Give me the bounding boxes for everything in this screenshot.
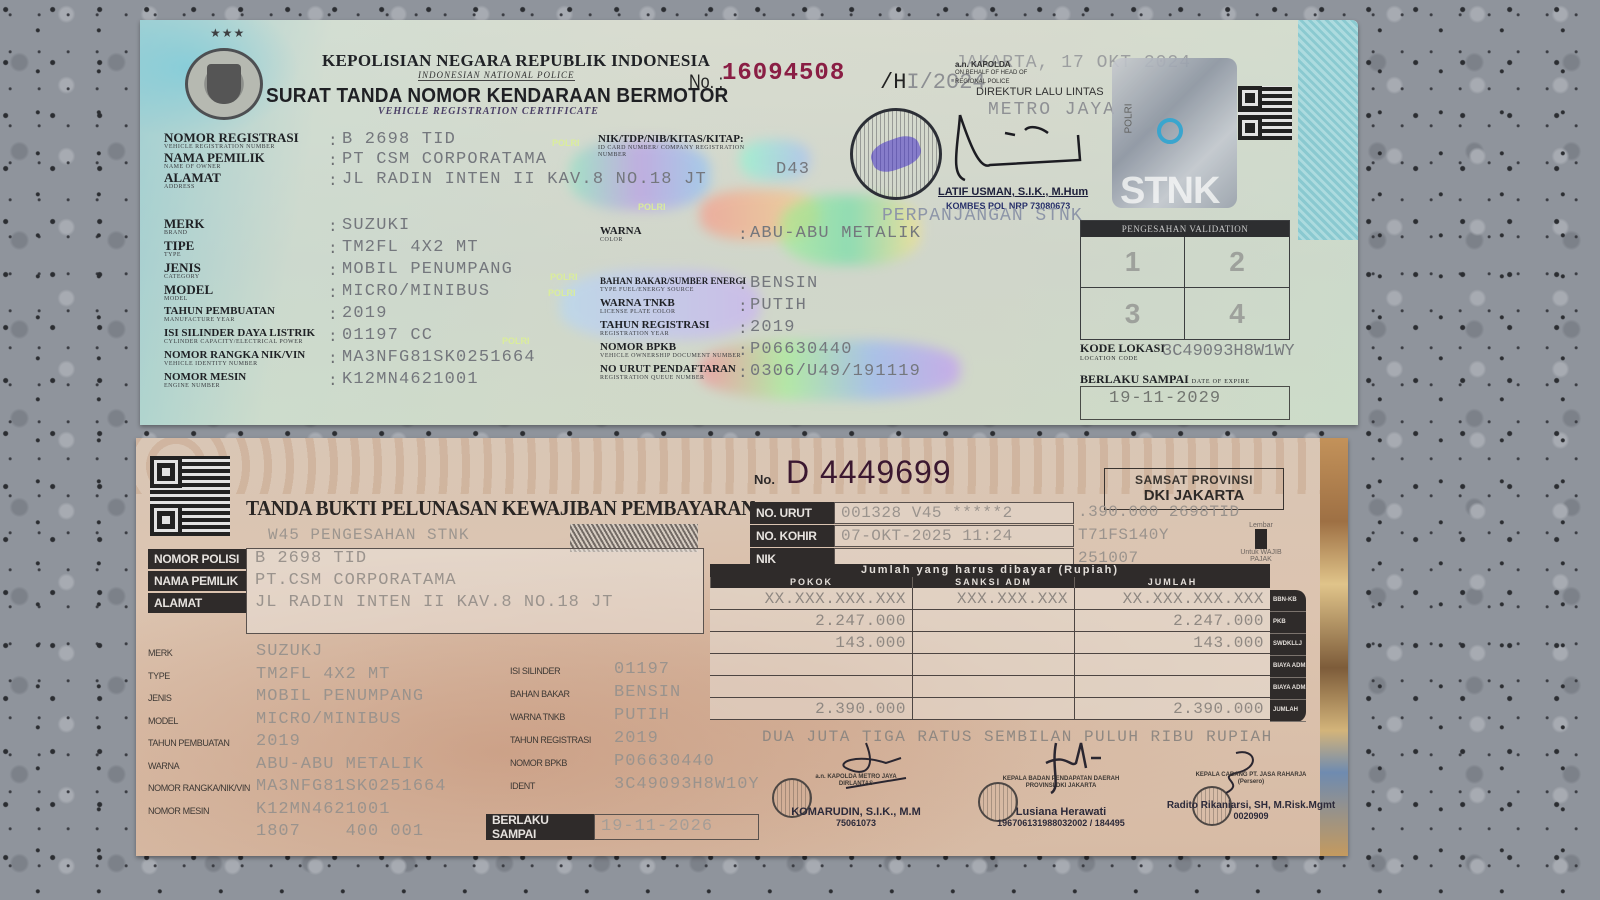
- validation-cell-2: 2: [1185, 237, 1289, 288]
- id-row: NO. URUT001328 V45 *****2.390.000 2698TI…: [750, 502, 1240, 524]
- field-colon: :: [328, 372, 338, 390]
- police-emblem-icon: [185, 48, 263, 120]
- badge-top: Lembar: [1231, 522, 1291, 529]
- field-value: PUTIH: [614, 706, 670, 725]
- field-label: NOMOR BPKB: [600, 342, 741, 353]
- field-value: MICRO/MINIBUS: [256, 710, 402, 729]
- field-label: JENIS: [148, 693, 172, 703]
- field-sublabel: TYPE FUEL/ENERGY SOURCE: [600, 287, 746, 294]
- role: KEPALA CABANG PT. JASA RAHARJA (Persero): [1191, 772, 1311, 786]
- qr-code-icon: [150, 456, 230, 536]
- id: 196706131988032002 / 184495: [966, 818, 1156, 828]
- payment-jumlah: [1074, 654, 1270, 675]
- field-value: 0306/U49/191119: [750, 362, 921, 381]
- certificate-number-label: No. :: [689, 72, 723, 94]
- payment-row-label: SWDKLLJ: [1270, 634, 1306, 656]
- id: 0020909: [1166, 811, 1336, 821]
- label: BERLAKU SAMPAI: [1080, 372, 1189, 386]
- payment-pokok: 143.000: [710, 632, 912, 653]
- stnk-right-field-0: WARNACOLOR:ABU-ABU METALIK: [600, 226, 642, 244]
- field-colon: :: [328, 218, 338, 236]
- payment-row-label: PKB: [1270, 612, 1306, 634]
- copy-badge: Lembar Untuk WAJIB PAJAK: [1231, 522, 1291, 563]
- label-nomor-polisi: NOMOR POLISI: [148, 549, 246, 569]
- field-label: TAHUN REGISTRASI: [510, 735, 591, 745]
- value-nomor-polisi: B 2698 TID: [255, 549, 367, 568]
- field-sublabel: VEHICLE IDENTITY NUMBER: [164, 361, 305, 368]
- field-colon: :: [328, 262, 338, 280]
- stnk-field-3: MERKBRAND:SUZUKI: [164, 218, 204, 237]
- name: Lusiana Herawati: [966, 806, 1156, 818]
- field-value: MA3NFG81SK0251664: [342, 348, 536, 367]
- field-value: P06630440: [750, 340, 853, 359]
- payment-row-label: JUMLAH: [1270, 700, 1306, 722]
- qr-code-icon: [1238, 86, 1292, 140]
- certificate-number: 16094508: [722, 60, 845, 87]
- field-colon: :: [738, 364, 748, 382]
- field-colon: :: [328, 240, 338, 258]
- field-label: NAMA PEMILIK: [164, 152, 265, 164]
- field-sublabel: CYLINDER CAPACITY/ELECTRICAL POWER: [164, 339, 315, 346]
- on-behalf: a.n. KAPOLDA: [955, 60, 1035, 69]
- field-value: 01197: [614, 660, 670, 679]
- stnk-field-1: NAMA PEMILIKNAME OF OWNER:PT CSM CORPORA…: [164, 152, 265, 171]
- field-colon: :: [738, 342, 748, 360]
- name: KOMARUDIN, S.I.K., M.M: [766, 806, 946, 818]
- vehicle-field: NOMOR RANGKA/NIK/VINMA3NFG81SK0251664: [148, 783, 250, 793]
- field-colon: :: [328, 172, 338, 190]
- field-label: MODEL: [164, 284, 213, 296]
- field-value: B 2698 TID: [342, 130, 456, 149]
- field-sublabel: REGISTRATION YEAR: [600, 331, 710, 338]
- stnk-field-9: NOMOR RANGKA NIK/VINVEHICLE IDENTITY NUM…: [164, 350, 305, 368]
- payment-sanksi: XXX.XXX.XXX: [912, 588, 1074, 609]
- payment-pokok: [710, 654, 912, 675]
- stnk-right-field-2: WARNA TNKBLICENSE PLATE COLOR:PUTIH: [600, 298, 676, 316]
- agency-name-en: INDONESIAN NATIONAL POLICE: [418, 70, 575, 81]
- field-colon: :: [328, 284, 338, 302]
- vehicle-field: MERKSUZUKJ: [148, 648, 172, 658]
- expiry-date: 19-11-2026: [594, 814, 759, 840]
- field-sublabel: ID CARD NUMBER/ COMPANY REGISTRATION NUM…: [598, 145, 748, 159]
- expiry-date: 19-11-2029: [1080, 386, 1290, 420]
- field-label: TIPE: [164, 240, 194, 252]
- payment-rows: XX.XXX.XXX.XXXXXX.XXX.XXXXX.XXX.XXX.XXX2…: [710, 588, 1270, 720]
- stnk-field-10: NOMOR MESINENGINE NUMBER:K12MN4621001: [164, 372, 246, 390]
- field-value: D43: [776, 160, 810, 179]
- payment-sanksi: [912, 610, 1074, 631]
- signatory-bapenda: KEPALA BADAN PENDAPATAN DAERAH PROVINSI …: [966, 776, 1156, 828]
- id-extra: .390.000 2698TID: [1074, 502, 1240, 524]
- watermark: POLRI: [552, 138, 580, 148]
- field-label: NOMOR BPKB: [510, 758, 567, 768]
- role: a.n. KAPOLDA METRO JAYA DIRLANTAS: [806, 774, 906, 788]
- field-value: MA3NFG81SK0251664: [256, 777, 446, 796]
- field-label: TYPE: [148, 671, 170, 681]
- field-value: JL RADIN INTEN II KAV.8 NO.18 JT: [342, 170, 707, 189]
- field-label: NOMOR MESIN: [164, 372, 246, 383]
- payment-pokok: [710, 676, 912, 697]
- field-sublabel: ENGINE NUMBER: [164, 383, 246, 390]
- stnk-field-6: MODELMODEL:MICRO/MINIBUS: [164, 284, 213, 303]
- field-colon: :: [328, 132, 338, 150]
- field-colon: :: [328, 328, 338, 346]
- reference-numbers: 1807 400 001: [256, 822, 424, 841]
- stnk-field-4: TIPETYPE:TM2FL 4X2 MT: [164, 240, 194, 259]
- label-nama-pemilik: NAMA PEMILIK: [148, 571, 246, 591]
- receipt-number-label: No.: [754, 472, 775, 487]
- field-value: 2019: [614, 729, 659, 748]
- field-sublabel: BRAND: [164, 230, 204, 237]
- expiry-label: BERLAKU SAMPAI: [486, 814, 594, 840]
- location-code: 3C49093H8W1WY: [1162, 342, 1295, 361]
- badge-caption: Untuk WAJIB PAJAK: [1231, 549, 1291, 563]
- id-table: NO. URUT001328 V45 *****2.390.000 2698TI…: [750, 502, 1240, 571]
- vehicle-field: WARNAABU-ABU METALIK: [148, 761, 179, 771]
- field-sublabel: TYPE: [164, 252, 194, 259]
- vehicle-field: NOMOR MESINK12MN4621001: [148, 806, 209, 816]
- stnk-field-7: TAHUN PEMBUATANMANUFACTURE YEAR:2019: [164, 306, 275, 324]
- signature-icon: [930, 105, 1090, 195]
- field-label: TAHUN PEMBUATAN: [164, 306, 275, 317]
- field-value: 3C49093H8W10Y: [614, 775, 760, 794]
- payment-row-label: BBN-KB: [1270, 590, 1306, 612]
- field-label: BAHAN BAKAR/SUMBER ENERGI: [600, 276, 746, 287]
- field-label: ISI SILINDER: [510, 666, 560, 676]
- field-sublabel: LICENSE PLATE COLOR: [600, 309, 676, 316]
- payment-pokok: 2.247.000: [710, 610, 912, 631]
- field-value: BENSIN: [750, 274, 818, 293]
- field-value: 2019: [256, 732, 301, 751]
- field-label: NOMOR MESIN: [148, 806, 209, 816]
- field-value: BENSIN: [614, 683, 681, 702]
- stnk-vehicle-registration-card: ★★★ KEPOLISIAN NEGARA REPUBLIK INDONESIA…: [140, 20, 1358, 425]
- field-value: SUZUKJ: [256, 642, 323, 661]
- payment-jumlah: 2.390.000: [1074, 698, 1270, 719]
- watermark: POLRI: [638, 202, 666, 212]
- document-title-en: VEHICLE REGISTRATION CERTIFICATE: [378, 106, 599, 117]
- field-sublabel: MANUFACTURE YEAR: [164, 317, 275, 324]
- stnk-right-field-3: TAHUN REGISTRASIREGISTRATION YEAR:2019: [600, 320, 710, 338]
- field-value: PT CSM CORPORATAMA: [342, 150, 547, 169]
- vehicle-field: ISI SILINDER01197: [510, 666, 560, 676]
- field-label: WARNA TNKB: [510, 712, 565, 722]
- stnk-right-field-5: NO URUT PENDAFTARANREGISTRATION QUEUE NU…: [600, 364, 736, 382]
- field-value: MICRO/MINIBUS: [342, 282, 490, 301]
- renewal-note: PERPANJANGAN STNK: [882, 206, 1083, 226]
- payment-pokok: 2.390.000: [710, 698, 912, 719]
- field-sublabel: ADDRESS: [164, 184, 221, 191]
- column-header: SANKSI ADM: [912, 577, 1074, 588]
- security-pattern: [1298, 20, 1358, 240]
- suffix-main: /H: [880, 70, 906, 95]
- field-label: NOMOR RANGKA/NIK/VIN: [148, 783, 250, 793]
- field-value: TM2FL 4X2 MT: [256, 665, 390, 684]
- field-value: SUZUKI: [342, 216, 410, 235]
- stnk-field-5: JENISCATEGORY:MOBIL PENUMPANG: [164, 262, 201, 281]
- stars-icon: ★★★: [210, 26, 245, 40]
- field-value: 2019: [342, 304, 388, 323]
- watermark: POLRI: [502, 336, 530, 346]
- director-title: DIREKTUR LALU LINTAS: [976, 86, 1104, 98]
- id-value: 07-OKT-2025 11:24: [834, 525, 1074, 547]
- field-label: WARNA TNKB: [600, 298, 676, 309]
- label: KODE LOKASI: [1080, 341, 1165, 355]
- payment-table: Jumlah yang harus dibayar (Rupiah) POKOK…: [710, 564, 1270, 720]
- field-label: IDENT: [510, 781, 535, 791]
- payment-row: XX.XXX.XXX.XXXXXX.XXX.XXXXX.XXX.XXX.XXX: [710, 588, 1270, 610]
- field-label: NIK/TDP/NIB/KITAS/KITAP:: [598, 134, 748, 145]
- stnk-right-field-1: BAHAN BAKAR/SUMBER ENERGITYPE FUEL/ENERG…: [600, 276, 746, 294]
- field-colon: :: [738, 320, 748, 338]
- receipt-title: TANDA BUKTI PELUNASAN KEWAJIBAN PEMBAYAR…: [246, 496, 755, 521]
- payment-row: 2.247.0002.247.000: [710, 610, 1270, 632]
- vehicle-field: IDENT3C49093H8W10Y: [510, 781, 535, 791]
- payment-row: 2.390.0002.390.000: [710, 698, 1270, 720]
- vehicle-field: TAHUN REGISTRASI2019: [510, 735, 591, 745]
- sublabel: DATE OF EXPIRE: [1192, 379, 1250, 385]
- owner-box: B 2698 TID PT.CSM CORPORATAMA JL RADIN I…: [246, 548, 704, 634]
- field-sublabel: MODEL: [164, 296, 213, 303]
- stnk-field-2: ALAMATADDRESS:JL RADIN INTEN II KAV.8 NO…: [164, 172, 221, 191]
- field-sublabel: REGISTRATION QUEUE NUMBER: [600, 375, 736, 382]
- field-label: MERK: [148, 648, 172, 658]
- field-label: MODEL: [148, 716, 178, 726]
- column-header: JUMLAH: [1074, 577, 1270, 588]
- watermark: POLRI: [550, 272, 578, 282]
- stnk-field-8: ISI SILINDER DAYA LISTRIKCYLINDER CAPACI…: [164, 328, 315, 346]
- signatory-jasa-raharja: KEPALA CABANG PT. JASA RAHARJA (Persero)…: [1166, 772, 1336, 821]
- field-label: WARNA: [600, 226, 642, 237]
- field-label: NO URUT PENDAFTARAN: [600, 364, 736, 375]
- on-behalf-en: ON BEHALF OF HEAD OF REGIONAL POLICE: [955, 69, 1035, 87]
- label-alamat: ALAMAT: [148, 593, 246, 613]
- field-value: 2019: [750, 318, 796, 337]
- field-value: PUTIH: [750, 296, 807, 315]
- id-label: NO. KOHIR: [750, 525, 834, 547]
- id-value: 001328 V45 *****2: [834, 502, 1074, 524]
- role: KEPALA BADAN PENDAPATAN DAERAH PROVINSI …: [991, 776, 1131, 790]
- vehicle-field: TAHUN PEMBUATAN2019: [148, 738, 230, 748]
- watermark: POLRI: [548, 288, 576, 298]
- field-label: NOMOR REGISTRASI: [164, 132, 299, 144]
- field-label: ISI SILINDER DAYA LISTRIK: [164, 328, 315, 339]
- field-label: ALAMAT: [164, 172, 221, 184]
- payment-sanksi: [912, 698, 1074, 719]
- signatory-police: a.n. KAPOLDA METRO JAYA DIRLANTAS KOMARU…: [766, 774, 946, 828]
- field-value: K12MN4621001: [256, 800, 390, 819]
- stnk-hologram-logo: POLRI STNK: [1112, 58, 1237, 208]
- field-sublabel: COLOR: [600, 237, 642, 244]
- field-colon: :: [328, 306, 338, 324]
- vehicle-field: TYPETM2FL 4X2 MT: [148, 671, 170, 681]
- field-value: ABU-ABU METALIK: [256, 755, 424, 774]
- validation-cell-1: 1: [1081, 237, 1185, 288]
- validation-cell-4: 4: [1185, 288, 1289, 339]
- field-value: P06630440: [614, 752, 715, 771]
- receipt-subtitle: W45 PENGESAHAN STNK: [268, 526, 469, 544]
- field-nik: NIK/TDP/NIB/KITAS/KITAP: ID CARD NUMBER/…: [598, 134, 748, 159]
- on-behalf-label: a.n. KAPOLDAON BEHALF OF HEAD OF REGIONA…: [955, 60, 1035, 87]
- field-value: K12MN4621001: [342, 370, 479, 389]
- id-extra: T71FS140Y: [1074, 525, 1169, 547]
- field-label: BAHAN BAKAR: [510, 689, 570, 699]
- field-label: TAHUN PEMBUATAN: [148, 738, 230, 748]
- field-value: TM2FL 4X2 MT: [342, 238, 479, 257]
- field-colon: :: [738, 298, 748, 316]
- ring-icon: [1157, 118, 1183, 144]
- payment-row: [710, 654, 1270, 676]
- id-row: NO. KOHIR07-OKT-2025 11:24T71FS140Y: [750, 525, 1240, 547]
- payment-columns: POKOKSANKSI ADMJUMLAH: [710, 577, 1270, 588]
- field-colon: :: [738, 276, 748, 294]
- field-sublabel: CATEGORY: [164, 274, 201, 281]
- logo-side-text: POLRI: [1124, 103, 1135, 133]
- payment-row-labels: BBN-KBPKBSWDKLLJBIAYA ADM.STNKBIAYA ADM.…: [1270, 590, 1306, 722]
- field-colon: :: [328, 350, 338, 368]
- location-code-label: KODE LOKASILOCATION CODE: [1080, 343, 1165, 365]
- payment-jumlah: [1074, 676, 1270, 697]
- signer-name: LATIF USMAN, S.I.K., M.Hum: [938, 186, 1088, 198]
- payment-row-label: BIAYA ADM.STNK: [1270, 656, 1306, 678]
- payment-sanksi: [912, 632, 1074, 653]
- field-label: WARNA: [148, 761, 179, 771]
- field-value: ABU-ABU METALIK: [750, 224, 921, 243]
- vehicle-field: NOMOR BPKBP06630440: [510, 758, 567, 768]
- stnk-field-0: NOMOR REGISTRASIVEHICLE REGISTRATION NUM…: [164, 132, 299, 151]
- sublabel: LOCATION CODE: [1080, 354, 1165, 365]
- payment-pokok: XX.XXX.XXX.XXX: [710, 588, 912, 609]
- field-label: MERK: [164, 218, 204, 230]
- validation-box: PENGESAHAN VALIDATION 1234: [1080, 220, 1290, 340]
- vehicle-field: JENISMOBIL PENUMPANG: [148, 693, 172, 703]
- name: Radito Rikaniarsi, SH, M.Risk.Mgmt: [1166, 800, 1336, 811]
- field-label: JENIS: [164, 262, 201, 274]
- validation-grid: 1234: [1081, 237, 1289, 339]
- receipt-number: D 4449699: [786, 454, 952, 491]
- official-stamp-icon: [850, 108, 942, 200]
- payment-header: Jumlah yang harus dibayar (Rupiah): [710, 564, 1270, 577]
- samsat-line1: SAMSAT PROVINSI: [1105, 473, 1283, 487]
- field-value: MOBIL PENUMPANG: [342, 260, 513, 279]
- value-nama-pemilik: PT.CSM CORPORATAMA: [255, 571, 457, 590]
- agency-name: KEPOLISIAN NEGARA REPUBLIK INDONESIA: [322, 51, 710, 71]
- vehicle-field: WARNA TNKBPUTIH: [510, 712, 565, 722]
- payment-jumlah: 143.000: [1074, 632, 1270, 653]
- payment-jumlah: XX.XXX.XXX.XXX: [1074, 588, 1270, 609]
- badge-mark: [1255, 529, 1267, 549]
- field-colon: :: [738, 226, 748, 244]
- id-label: NO. URUT: [750, 502, 834, 524]
- payment-row: 143.000143.000: [710, 632, 1270, 654]
- field-label: NOMOR RANGKA NIK/VIN: [164, 350, 305, 361]
- field-label: TAHUN REGISTRASI: [600, 320, 710, 331]
- field-value: MOBIL PENUMPANG: [256, 687, 424, 706]
- logo-text: STNK: [1120, 170, 1219, 213]
- payment-sanksi: [912, 676, 1074, 697]
- expiry-label: BERLAKU SAMPAIDATE OF EXPIRE: [1080, 372, 1250, 387]
- vehicle-field: MODELMICRO/MINIBUS: [148, 716, 178, 726]
- validation-cell-3: 3: [1081, 288, 1185, 339]
- validation-header: PENGESAHAN VALIDATION: [1081, 221, 1289, 237]
- field-sublabel: VEHICLE OWNERSHIP DOCUMENT NUMBER: [600, 353, 741, 360]
- value-alamat: JL RADIN INTEN II KAV.8 NO.18 JT: [255, 593, 613, 612]
- payment-row: [710, 676, 1270, 698]
- column-header: POKOK: [710, 577, 912, 588]
- tax-payment-receipt: TANDA BUKTI PELUNASAN KEWAJIBAN PEMBAYAR…: [136, 438, 1348, 856]
- id: 75061073: [766, 818, 946, 828]
- receipt-expiry: BERLAKU SAMPAI 19-11-2026: [486, 814, 759, 840]
- stnk-right-field-4: NOMOR BPKBVEHICLE OWNERSHIP DOCUMENT NUM…: [600, 342, 741, 360]
- field-value: 01197 CC: [342, 326, 433, 345]
- payment-jumlah: 2.247.000: [1074, 610, 1270, 631]
- payment-row-label: BIAYA ADM.TNKB: [1270, 678, 1306, 700]
- vehicle-field: BAHAN BAKARBENSIN: [510, 689, 570, 699]
- payment-sanksi: [912, 654, 1074, 675]
- field-colon: :: [328, 152, 338, 170]
